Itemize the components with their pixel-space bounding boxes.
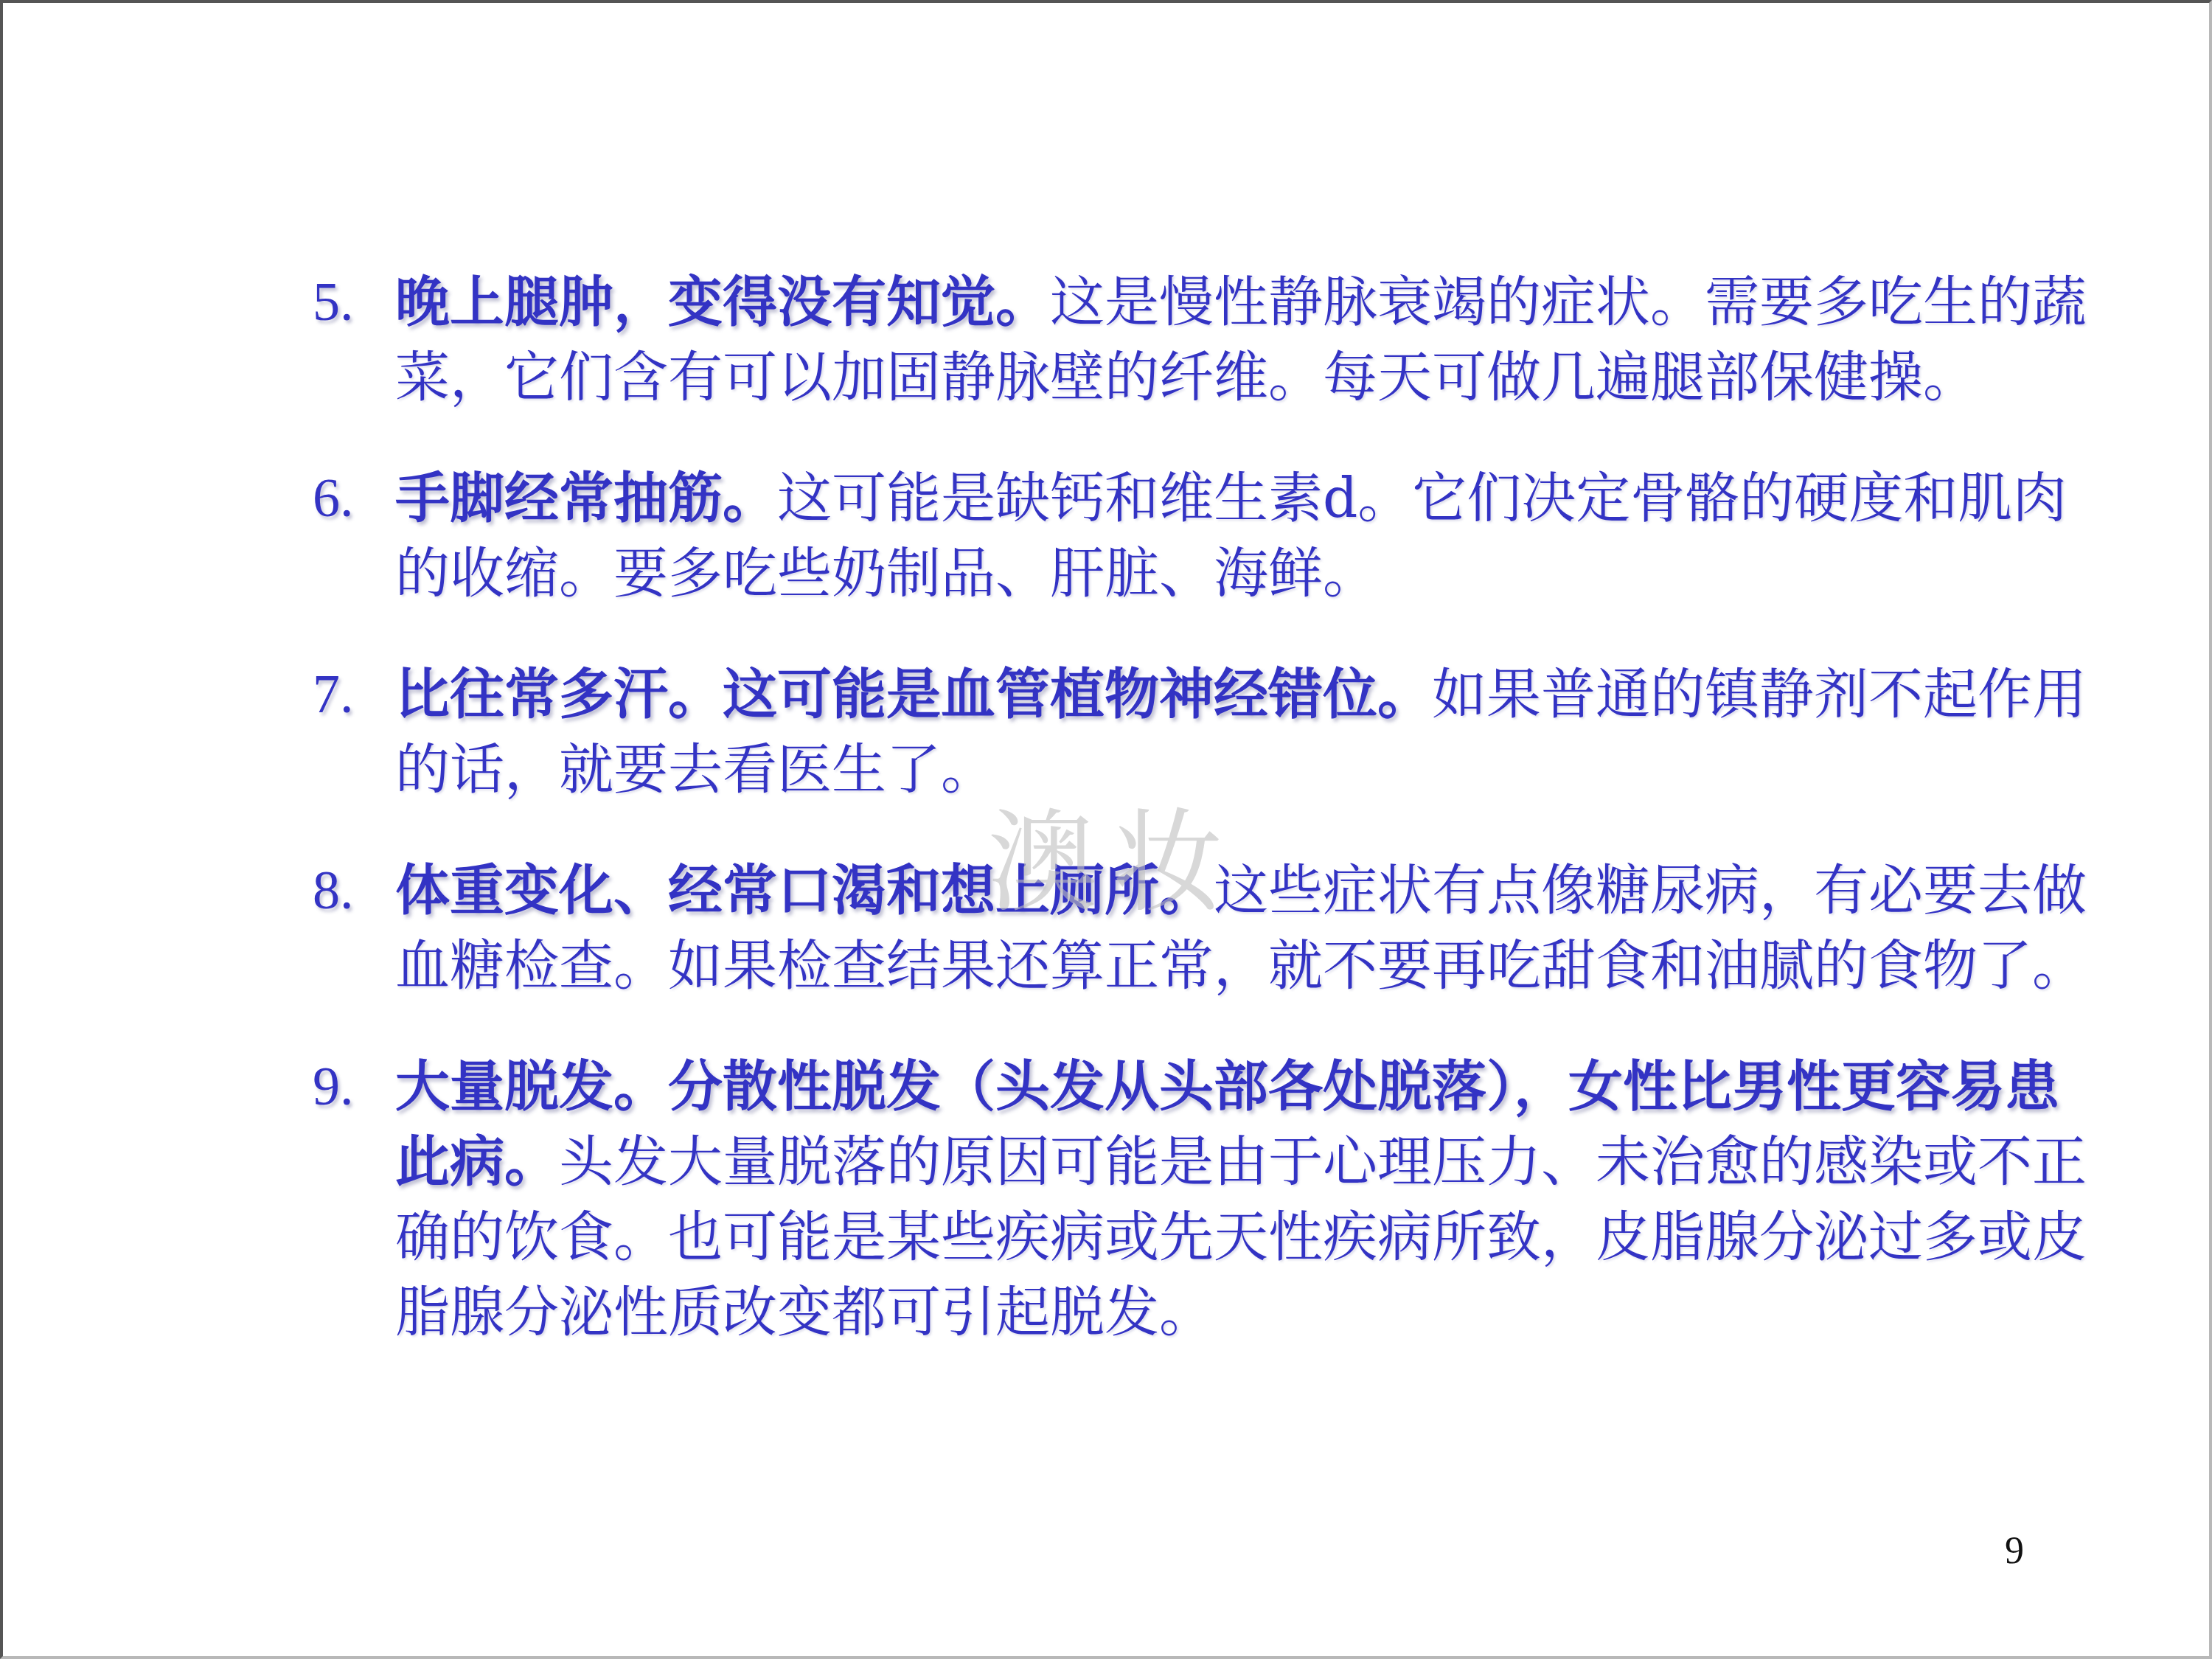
item-number: 8.	[313, 853, 354, 928]
item-heading: 手脚经常抽筋。	[395, 467, 777, 530]
page-number: 9	[2005, 1529, 2024, 1573]
item-number: 6.	[313, 461, 354, 536]
item-number: 5.	[313, 265, 354, 340]
list-item-6: 6. 手脚经常抽筋。这可能是缺钙和维生素d。它们决定骨骼的硬度和肌肉的收缩。要多…	[313, 461, 2112, 611]
list-item-9: 9. 大量脱发。分散性脱发（头发从头部各处脱落），女性比男性更容易患此病。头发大…	[313, 1049, 2112, 1350]
list-item-7: 7. 比往常多汗。这可能是血管植物神经错位。如果普通的镇静剂不起作用的话，就要去…	[313, 657, 2112, 807]
item-heading: 体重变化、经常口渴和想上厕所。	[395, 859, 1214, 922]
item-number: 7.	[313, 657, 354, 732]
slide: 5. 晚上腿肿，变得没有知觉。这是慢性静脉衰竭的症状。需要多吃生的蔬菜，它们含有…	[0, 0, 2212, 1659]
item-heading: 比往常多汗。这可能是血管植物神经错位。	[395, 663, 1432, 726]
item-body: 头发大量脱落的原因可能是由于心理压力、未治愈的感染或不正确的饮食。也可能是某些疾…	[395, 1130, 2087, 1344]
list-item-8: 8. 体重变化、经常口渴和想上厕所。这些症状有点像糖尿病，有必要去做血糖检查。如…	[313, 853, 2112, 1004]
item-number: 9.	[313, 1049, 354, 1124]
slide-content: 5. 晚上腿肿，变得没有知觉。这是慢性静脉衰竭的症状。需要多吃生的蔬菜，它们含有…	[313, 265, 2112, 1396]
item-heading: 晚上腿肿，变得没有知觉。	[395, 271, 1050, 334]
list-item-5: 5. 晚上腿肿，变得没有知觉。这是慢性静脉衰竭的症状。需要多吃生的蔬菜，它们含有…	[313, 265, 2112, 415]
